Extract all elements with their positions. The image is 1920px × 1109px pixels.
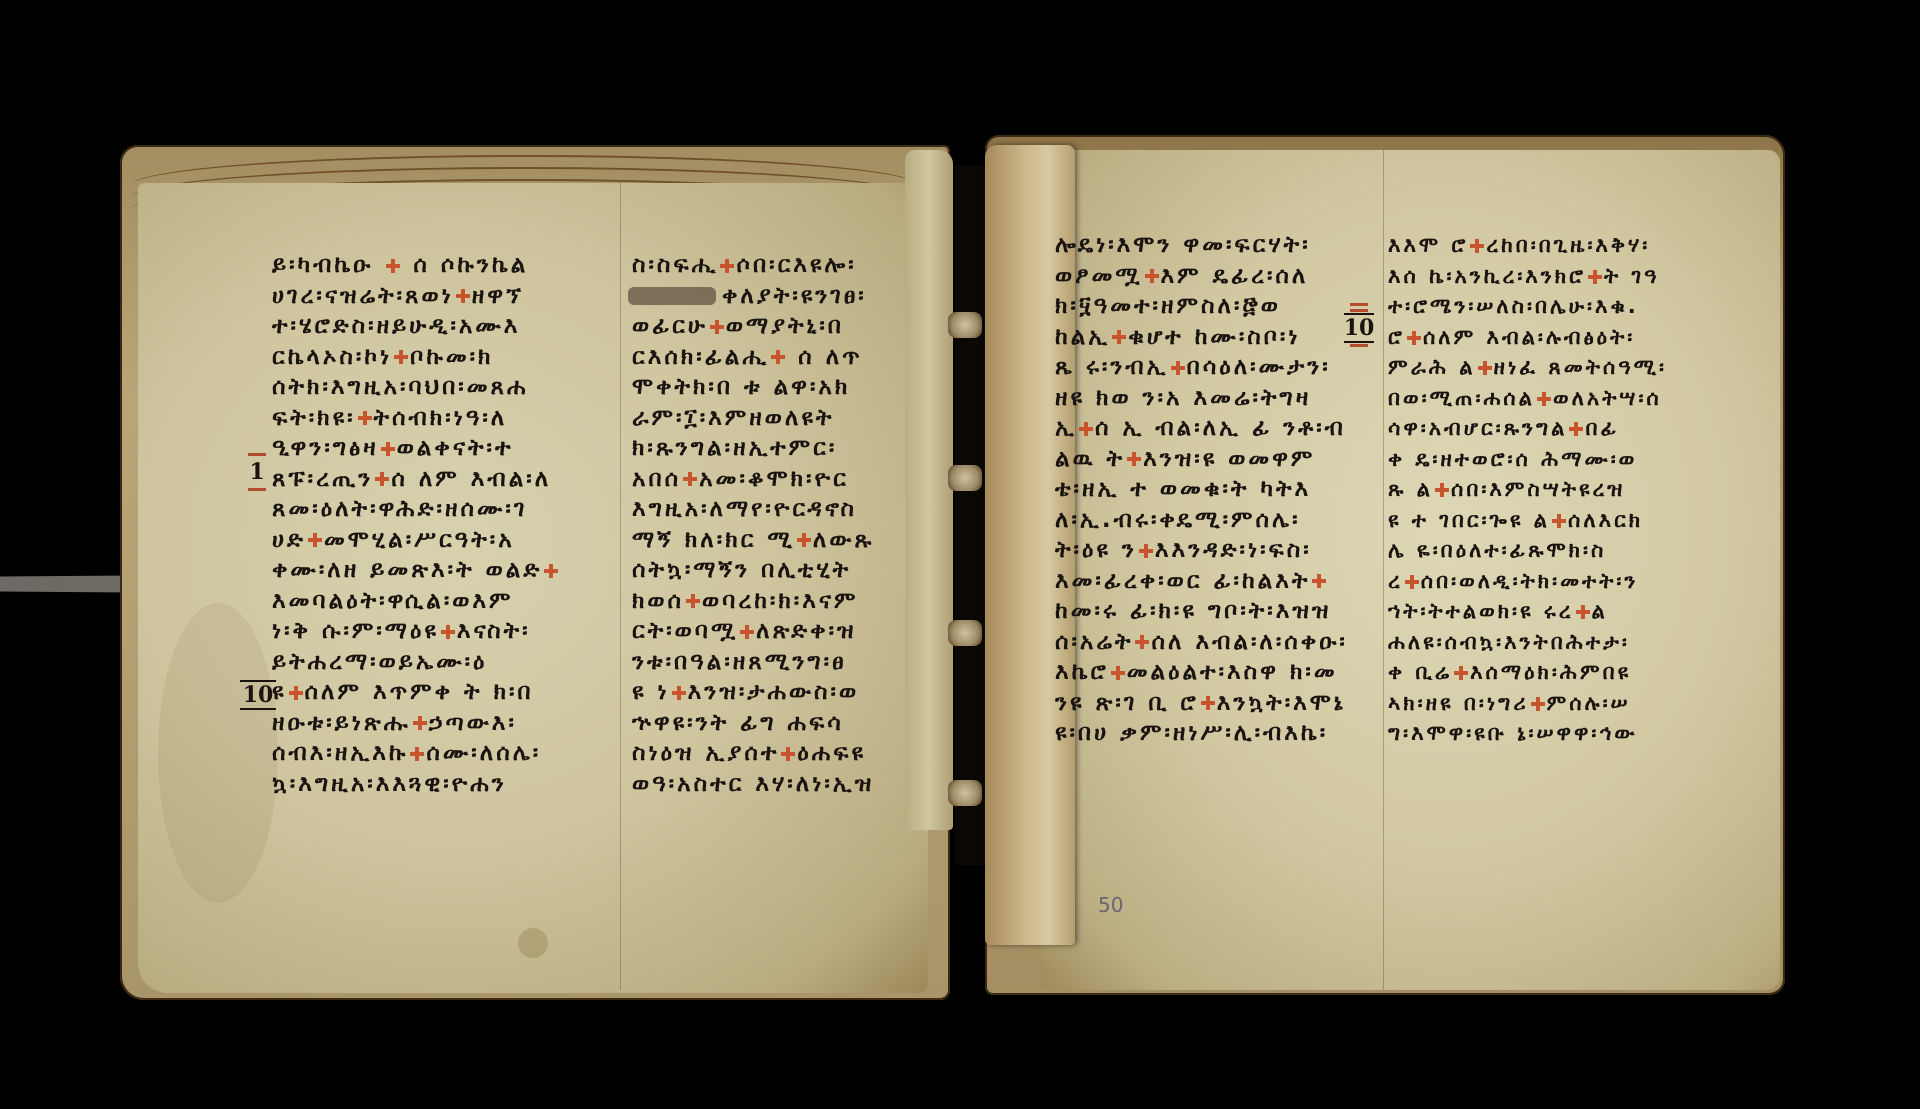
rubric-cross-icon <box>544 564 558 578</box>
rubric-cross-icon <box>413 716 427 730</box>
rubric-cross-icon <box>1312 574 1326 588</box>
rubric-cross-icon <box>1135 635 1149 649</box>
binding-stitch <box>948 620 982 646</box>
right-page-column-a: ሎዴነ፡እሞን ዋመ፡ፍርሃት፡ ወፆመሟእም ዴፊረ፡ሰለ ክ፡፶ዓመተ፡ዘም… <box>1055 230 1345 749</box>
rubric-tick <box>1350 344 1368 347</box>
stain <box>518 928 548 958</box>
photo-scene: 1 10 ይ፡ካብኬዑ ሰ ሶኩንኬል ሀገረ፡ናዝሬት፡ጸወነዘዋኘ ተ፡ሄሮ… <box>0 0 1920 1109</box>
margin-numeral-10: 10 <box>240 680 276 710</box>
rubric-cross-icon <box>710 320 724 334</box>
rubric-cross-icon <box>358 411 372 425</box>
rubric-cross-icon <box>1111 666 1125 680</box>
rubric-cross-icon <box>386 259 400 273</box>
rubric-cross-icon <box>1454 666 1468 680</box>
rubric-cross-icon <box>1569 422 1583 436</box>
left-page-column-b: ስ፡ስፍሒሶበ፡ርእዩሎ፡ ቀለያት፡ዩንገፀ፡ ወፊርሁወማያትኒ፡በ ርእሰ… <box>632 250 912 799</box>
rubric-cross-icon <box>781 747 795 761</box>
rubric-cross-icon <box>1145 269 1159 283</box>
binding-stitch <box>948 780 982 806</box>
margin-numeral-1: 1 <box>243 450 271 494</box>
rubric-cross-icon <box>1405 575 1419 589</box>
rubric-cross-icon <box>686 594 700 608</box>
rubric-cross-icon <box>720 259 734 273</box>
rubric-cross-icon <box>456 289 470 303</box>
rubric-cross-icon <box>1139 544 1153 558</box>
rubric-cross-icon <box>672 686 686 700</box>
rubric-cross-icon <box>771 350 785 364</box>
left-page-column-a: ይ፡ካብኬዑ ሰ ሶኩንኬል ሀገረ፡ናዝሬት፡ጸወነዘዋኘ ተ፡ሄሮድስ፡ዘይ… <box>272 250 607 799</box>
column-rule <box>620 180 621 990</box>
rubric-tick <box>248 488 266 491</box>
rubric-cross-icon <box>1537 392 1551 406</box>
binding-stitch <box>948 465 982 491</box>
rubric-cross-icon <box>1435 483 1449 497</box>
spine-gutter <box>955 165 985 865</box>
rubric-cross-icon <box>1079 422 1093 436</box>
rubric-cross-icon <box>308 533 322 547</box>
rubric-cross-icon <box>441 625 455 639</box>
rubric-cross-icon <box>1470 239 1484 253</box>
rubric-tick <box>1350 303 1368 306</box>
rubric-cross-icon <box>375 472 389 486</box>
folded-leaf-strip <box>905 150 953 830</box>
stain <box>158 603 278 903</box>
rubric-cross-icon <box>289 686 303 700</box>
rubric-cross-icon <box>1552 514 1566 528</box>
column-rule <box>1383 150 1384 990</box>
rubric-tick <box>1350 309 1368 312</box>
binding-stitch <box>948 312 982 338</box>
rubric-cross-icon <box>683 472 697 486</box>
rubric-cross-icon <box>410 747 424 761</box>
rubric-cross-icon <box>797 533 811 547</box>
rubric-tick <box>248 453 266 456</box>
rubric-cross-icon <box>1407 331 1421 345</box>
rubric-cross-icon <box>394 350 408 364</box>
margin-numeral-10-right: 10 <box>1342 300 1376 350</box>
rubric-cross-icon <box>381 442 395 456</box>
rubric-cross-icon <box>1127 452 1141 466</box>
rubric-cross-icon <box>740 625 754 639</box>
rubric-cross-icon <box>1478 361 1492 375</box>
rubric-cross-icon <box>1531 697 1545 711</box>
rubric-cross-icon <box>1112 330 1126 344</box>
right-page-column-b: እእሞ ሮረከበ፡በጊዜ፡እቅሃ፡ እሰ ኬ፡አንኪረ፡እንክሮት ገዓ ተ፡ሮ… <box>1388 230 1688 749</box>
rubric-cross-icon <box>1576 605 1590 619</box>
pencil-folio-number: 50 <box>1098 893 1123 917</box>
rubric-cross-icon <box>1171 361 1185 375</box>
rubric-cross-icon <box>1201 696 1215 710</box>
rubric-cross-icon <box>1588 270 1602 284</box>
